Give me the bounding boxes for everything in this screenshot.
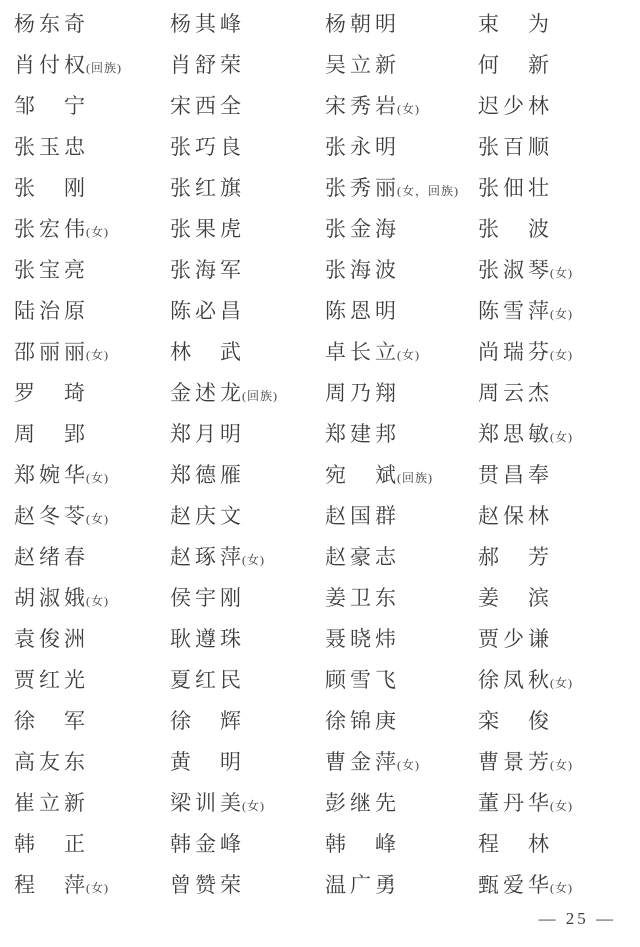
person-name: 张秀丽 (325, 176, 400, 200)
person-name: 彭继先 (325, 791, 400, 815)
name-row: 赵冬苓(女)赵庆文赵国群赵保林 (14, 496, 640, 537)
name-row: 程 萍(女)曾赞荣温广勇甄爱华(女) (14, 865, 640, 906)
person-name: 黄 明 (170, 750, 245, 774)
person-name: 赵国群 (325, 504, 400, 528)
name-entry: 张海军 (170, 260, 325, 281)
name-entry: 赵保林 (478, 506, 640, 527)
person-name: 崔立新 (14, 791, 89, 815)
name-entry: 尚瑞芬(女) (478, 342, 640, 363)
person-name: 郑德雁 (170, 463, 245, 487)
gender-ethnicity-note: (回族) (242, 389, 278, 403)
person-name: 张 波 (478, 217, 553, 241)
person-name: 张海波 (325, 258, 400, 282)
person-name: 梁训美 (170, 791, 245, 815)
person-name: 周乃翔 (325, 381, 400, 405)
gender-ethnicity-note: (女) (397, 102, 420, 116)
name-entry: 张淑琴(女) (478, 260, 640, 281)
person-name: 程 萍 (14, 873, 89, 897)
name-entry: 徐 辉 (170, 711, 325, 732)
name-entry: 宋秀岩(女) (325, 96, 478, 117)
name-entry: 崔立新 (14, 793, 170, 814)
person-name: 夏红民 (170, 668, 245, 692)
name-row: 周 郢郑月明郑建邦郑思敏(女) (14, 414, 640, 455)
person-name: 金述龙 (170, 381, 245, 405)
person-name: 张百顺 (478, 135, 553, 159)
name-entry: 徐 军 (14, 711, 170, 732)
name-entry: 赵冬苓(女) (14, 506, 170, 527)
name-entry: 夏红民 (170, 670, 325, 691)
name-entry: 赵庆文 (170, 506, 325, 527)
name-entry: 韩金峰 (170, 834, 325, 855)
gender-ethnicity-note: (女) (550, 348, 573, 362)
name-row: 张玉忠张巧良张永明张百顺 (14, 127, 640, 168)
name-entry: 侯宇刚 (170, 588, 325, 609)
gender-ethnicity-note: (女) (397, 758, 420, 772)
name-entry: 贾红光 (14, 670, 170, 691)
gender-ethnicity-note: (女) (550, 799, 573, 813)
person-name: 贾红光 (14, 668, 89, 692)
name-entry: 贾少谦 (478, 629, 640, 650)
name-row: 徐 军徐 辉徐锦庚栾 俊 (14, 701, 640, 742)
name-entry: 张果虎 (170, 219, 325, 240)
person-name: 张 刚 (14, 176, 89, 200)
name-row: 胡淑娥(女)侯宇刚姜卫东姜 滨 (14, 578, 640, 619)
name-entry: 贯昌奉 (478, 465, 640, 486)
person-name: 张红旗 (170, 176, 245, 200)
person-name: 邹 宁 (14, 94, 89, 118)
person-name: 姜 滨 (478, 586, 553, 610)
name-entry: 袁俊洲 (14, 629, 170, 650)
person-name: 肖舒荣 (170, 53, 245, 77)
person-name: 栾 俊 (478, 709, 553, 733)
person-name: 董丹华 (478, 791, 553, 815)
name-entry: 赵国群 (325, 506, 478, 527)
name-entry: 肖舒荣 (170, 55, 325, 76)
name-row: 张宏伟(女)张果虎张金海张 波 (14, 209, 640, 250)
name-entry: 韩 峰 (325, 834, 478, 855)
person-name: 尚瑞芬 (478, 340, 553, 364)
person-name: 张金海 (325, 217, 400, 241)
person-name: 顾雪飞 (325, 668, 400, 692)
gender-ethnicity-note: (女) (242, 799, 265, 813)
name-entry: 杨朝明 (325, 14, 478, 35)
name-entry: 曹景芳(女) (478, 752, 640, 773)
gender-ethnicity-note: (女) (242, 553, 265, 567)
name-entry: 肖付权(回族) (14, 55, 170, 76)
person-name: 张宏伟 (14, 217, 89, 241)
name-entry: 杨东奇 (14, 14, 170, 35)
name-entry: 杨其峰 (170, 14, 325, 35)
person-name: 赵保林 (478, 504, 553, 528)
gender-ethnicity-note: (女) (86, 512, 109, 526)
gender-ethnicity-note: (女) (397, 348, 420, 362)
name-row: 杨东奇杨其峰杨朝明束 为 (14, 4, 640, 45)
name-entry: 栾 俊 (478, 711, 640, 732)
person-name: 赵绪春 (14, 545, 89, 569)
person-name: 杨朝明 (325, 12, 400, 36)
person-name: 何 新 (478, 53, 553, 77)
name-entry: 张 刚 (14, 178, 170, 199)
name-row: 邵丽丽(女)林 武卓长立(女)尚瑞芬(女) (14, 332, 640, 373)
name-row: 郑婉华(女)郑德雁宛 斌(回族)贯昌奉 (14, 455, 640, 496)
name-entry: 徐凤秋(女) (478, 670, 640, 691)
name-entry: 张 波 (478, 219, 640, 240)
person-name: 赵庆文 (170, 504, 245, 528)
name-entry: 姜卫东 (325, 588, 478, 609)
name-entry: 顾雪飞 (325, 670, 478, 691)
gender-ethnicity-note: (女) (86, 471, 109, 485)
name-entry: 林 武 (170, 342, 325, 363)
gender-ethnicity-note: (女) (86, 348, 109, 362)
name-entry: 张玉忠 (14, 137, 170, 158)
name-entry: 周 郢 (14, 424, 170, 445)
name-entry: 张宏伟(女) (14, 219, 170, 240)
person-name: 陈雪萍 (478, 299, 553, 323)
gender-ethnicity-note: (女) (550, 758, 573, 772)
name-entry: 何 新 (478, 55, 640, 76)
person-name: 高友东 (14, 750, 89, 774)
gender-ethnicity-note: (回族) (397, 471, 433, 485)
name-entry: 陈雪萍(女) (478, 301, 640, 322)
name-entry: 耿遵珠 (170, 629, 325, 650)
gender-ethnicity-note: (女) (550, 881, 573, 895)
person-name: 张佃壮 (478, 176, 553, 200)
name-row: 罗 琦金述龙(回族)周乃翔周云杰 (14, 373, 640, 414)
gender-ethnicity-note: (回族) (86, 61, 122, 75)
name-entry: 陈必昌 (170, 301, 325, 322)
name-entry: 束 为 (478, 14, 640, 35)
name-entry: 徐锦庚 (325, 711, 478, 732)
person-name: 程 林 (478, 832, 553, 856)
name-entry: 胡淑娥(女) (14, 588, 170, 609)
person-name: 束 为 (478, 12, 553, 36)
name-entry: 张百顺 (478, 137, 640, 158)
name-entry: 宛 斌(回族) (325, 465, 478, 486)
person-name: 张巧良 (170, 135, 245, 159)
name-entry: 曹金萍(女) (325, 752, 478, 773)
person-name: 韩 峰 (325, 832, 400, 856)
person-name: 杨东奇 (14, 12, 89, 36)
name-entry: 陈恩明 (325, 301, 478, 322)
name-entry: 郑思敏(女) (478, 424, 640, 445)
name-row: 肖付权(回族)肖舒荣吴立新何 新 (14, 45, 640, 86)
person-name: 陈必昌 (170, 299, 245, 323)
person-name: 袁俊洲 (14, 627, 89, 651)
person-name: 迟少林 (478, 94, 553, 118)
gender-ethnicity-note: (女) (86, 225, 109, 239)
gender-ethnicity-note: (女，回族) (397, 184, 459, 198)
name-entry: 温广勇 (325, 875, 478, 896)
person-name: 张果虎 (170, 217, 245, 241)
person-name: 赵豪志 (325, 545, 400, 569)
gender-ethnicity-note: (女) (550, 430, 573, 444)
person-name: 陈恩明 (325, 299, 400, 323)
name-entry: 韩 正 (14, 834, 170, 855)
gender-ethnicity-note: (女) (86, 881, 109, 895)
person-name: 韩 正 (14, 832, 89, 856)
name-entry: 高友东 (14, 752, 170, 773)
person-name: 张淑琴 (478, 258, 553, 282)
name-entry: 聂晓炜 (325, 629, 478, 650)
person-name: 姜卫东 (325, 586, 400, 610)
person-name: 徐凤秋 (478, 668, 553, 692)
person-name: 宋西全 (170, 94, 245, 118)
person-name: 徐 军 (14, 709, 89, 733)
name-row: 陆治原陈必昌陈恩明陈雪萍(女) (14, 291, 640, 332)
name-entry: 曾赞荣 (170, 875, 325, 896)
name-entry: 梁训美(女) (170, 793, 325, 814)
person-name: 肖付权 (14, 53, 89, 77)
name-row: 贾红光夏红民顾雪飞徐凤秋(女) (14, 660, 640, 701)
name-row: 崔立新梁训美(女)彭继先董丹华(女) (14, 783, 640, 824)
name-entry: 张巧良 (170, 137, 325, 158)
name-row: 袁俊洲耿遵珠聂晓炜贾少谦 (14, 619, 640, 660)
person-name: 贯昌奉 (478, 463, 553, 487)
name-row: 赵绪春赵琢萍(女)赵豪志郝 芳 (14, 537, 640, 578)
person-name: 温广勇 (325, 873, 400, 897)
person-name: 罗 琦 (14, 381, 89, 405)
person-name: 耿遵珠 (170, 627, 245, 651)
person-name: 张永明 (325, 135, 400, 159)
person-name: 周云杰 (478, 381, 553, 405)
person-name: 宋秀岩 (325, 94, 400, 118)
name-row: 高友东黄 明曹金萍(女)曹景芳(女) (14, 742, 640, 783)
name-entry: 甄爱华(女) (478, 875, 640, 896)
person-name: 吴立新 (325, 53, 400, 77)
name-entry: 黄 明 (170, 752, 325, 773)
person-name: 杨其峰 (170, 12, 245, 36)
person-name: 曹金萍 (325, 750, 400, 774)
person-name: 侯宇刚 (170, 586, 245, 610)
person-name: 聂晓炜 (325, 627, 400, 651)
person-name: 韩金峰 (170, 832, 245, 856)
name-entry: 陆治原 (14, 301, 170, 322)
name-entry: 董丹华(女) (478, 793, 640, 814)
name-entry: 张秀丽(女，回族) (325, 178, 478, 199)
gender-ethnicity-note: (女) (550, 307, 573, 321)
person-name: 赵琢萍 (170, 545, 245, 569)
person-name: 胡淑娥 (14, 586, 89, 610)
document-page: 杨东奇杨其峰杨朝明束 为肖付权(回族)肖舒荣吴立新何 新邹 宁宋西全宋秀岩(女)… (0, 0, 640, 947)
person-name: 贾少谦 (478, 627, 553, 651)
person-name: 邵丽丽 (14, 340, 89, 364)
name-entry: 赵绪春 (14, 547, 170, 568)
person-name: 卓长立 (325, 340, 400, 364)
page-number: — 25 — (539, 909, 617, 929)
name-entry: 罗 琦 (14, 383, 170, 404)
person-name: 宛 斌 (325, 463, 400, 487)
person-name: 张宝亮 (14, 258, 89, 282)
name-entry: 张红旗 (170, 178, 325, 199)
person-name: 陆治原 (14, 299, 89, 323)
gender-ethnicity-note: (女) (86, 594, 109, 608)
person-name: 曾赞荣 (170, 873, 245, 897)
name-entry: 郑月明 (170, 424, 325, 445)
name-entry: 邵丽丽(女) (14, 342, 170, 363)
person-name: 张玉忠 (14, 135, 89, 159)
name-entry: 彭继先 (325, 793, 478, 814)
name-entry: 张金海 (325, 219, 478, 240)
name-entry: 迟少林 (478, 96, 640, 117)
name-entry: 郑婉华(女) (14, 465, 170, 486)
person-name: 徐锦庚 (325, 709, 400, 733)
name-row: 韩 正韩金峰韩 峰程 林 (14, 824, 640, 865)
person-name: 郑婉华 (14, 463, 89, 487)
name-entry: 邹 宁 (14, 96, 170, 117)
person-name: 甄爱华 (478, 873, 553, 897)
name-entry: 吴立新 (325, 55, 478, 76)
name-entry: 张宝亮 (14, 260, 170, 281)
name-row: 邹 宁宋西全宋秀岩(女)迟少林 (14, 86, 640, 127)
name-entry: 周云杰 (478, 383, 640, 404)
person-name: 徐 辉 (170, 709, 245, 733)
name-entry: 宋西全 (170, 96, 325, 117)
name-entry: 周乃翔 (325, 383, 478, 404)
name-entry: 郑建邦 (325, 424, 478, 445)
name-entry: 程 林 (478, 834, 640, 855)
name-entry: 姜 滨 (478, 588, 640, 609)
name-entry: 赵豪志 (325, 547, 478, 568)
name-row: 张 刚张红旗张秀丽(女，回族)张佃壮 (14, 168, 640, 209)
person-name: 周 郢 (14, 422, 89, 446)
gender-ethnicity-note: (女) (550, 266, 573, 280)
person-name: 郑思敏 (478, 422, 553, 446)
name-entry: 郝 芳 (478, 547, 640, 568)
name-entry: 张佃壮 (478, 178, 640, 199)
person-name: 曹景芳 (478, 750, 553, 774)
person-name: 郝 芳 (478, 545, 553, 569)
name-entry: 卓长立(女) (325, 342, 478, 363)
name-entry: 程 萍(女) (14, 875, 170, 896)
gender-ethnicity-note: (女) (550, 676, 573, 690)
person-name: 郑月明 (170, 422, 245, 446)
person-name: 郑建邦 (325, 422, 400, 446)
name-entry: 张永明 (325, 137, 478, 158)
person-name: 赵冬苓 (14, 504, 89, 528)
person-name: 林 武 (170, 340, 245, 364)
name-list: 杨东奇杨其峰杨朝明束 为肖付权(回族)肖舒荣吴立新何 新邹 宁宋西全宋秀岩(女)… (0, 0, 640, 906)
person-name: 张海军 (170, 258, 245, 282)
name-row: 张宝亮张海军张海波张淑琴(女) (14, 250, 640, 291)
name-entry: 郑德雁 (170, 465, 325, 486)
name-entry: 赵琢萍(女) (170, 547, 325, 568)
name-entry: 张海波 (325, 260, 478, 281)
name-entry: 金述龙(回族) (170, 383, 325, 404)
